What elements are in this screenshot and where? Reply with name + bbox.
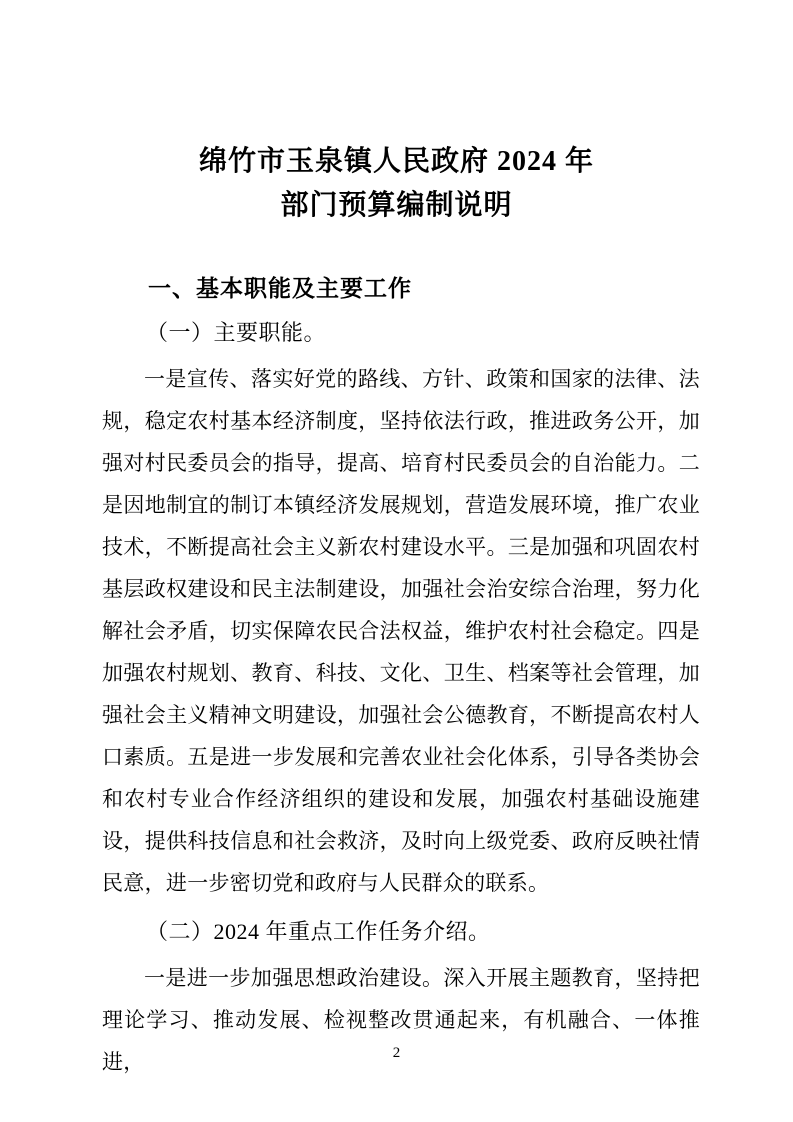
page-number: 2 [0, 1045, 793, 1062]
document-body: 一、基本职能及主要工作 （一）主要职能。 一是宣传、落实好党的路线、方针、政策和… [0, 272, 793, 1083]
document-title: 绵竹市玉泉镇人民政府 2024 年 部门预算编制说明 [0, 0, 793, 228]
subsection-heading-main-duties: （一）主要职能。 [102, 316, 700, 349]
paragraph-2024-key-tasks: 一是进一步加强思想政治建设。深入开展主题教育，坚持把理论学习、推动发展、检视整改… [102, 957, 700, 1083]
document-title-line-1: 绵竹市玉泉镇人民政府 2024 年 [0, 140, 793, 184]
document-title-line-2: 部门预算编制说明 [0, 184, 793, 228]
subsection-heading-2024-key-tasks: （二）2024 年重点工作任务介绍。 [102, 915, 700, 948]
section-heading-basic-functions: 一、基本职能及主要工作 [102, 272, 700, 305]
document-page: 绵竹市玉泉镇人民政府 2024 年 部门预算编制说明 一、基本职能及主要工作 （… [0, 0, 793, 1122]
paragraph-main-duties: 一是宣传、落实好党的路线、方针、政策和国家的法律、法规，稳定农村基本经济制度，坚… [102, 358, 700, 904]
